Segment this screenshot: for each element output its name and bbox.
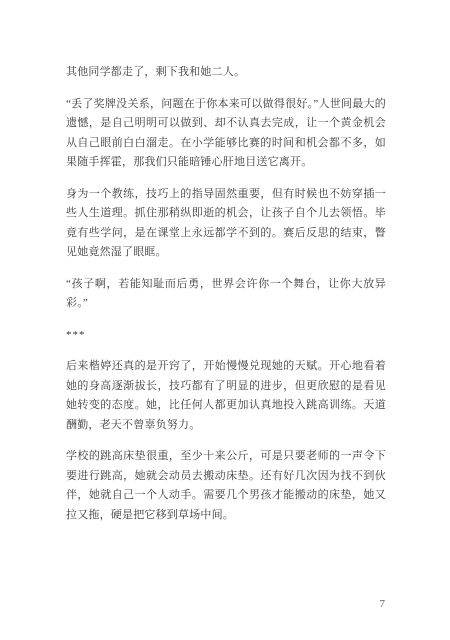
page-number: 7 <box>380 599 386 610</box>
section-divider: *** <box>66 326 386 346</box>
document-page: 其他同学都走了，剩下我和她二人。 “丢了奖牌没关系，问题在于你本来可以做得很好。… <box>0 0 450 640</box>
paragraph: 后来楷婷还真的是开窍了，开始慢慢兑现她的天赋。开心地看着她的身高逐渐拔长，技巧都… <box>66 357 386 435</box>
page-content: 其他同学都走了，剩下我和她二人。 “丢了奖牌没关系，问题在于你本来可以做得很好。… <box>66 63 386 525</box>
paragraph: 其他同学都走了，剩下我和她二人。 <box>66 63 386 83</box>
paragraph: “丢了奖牌没关系，问题在于你本来可以做得很好。”人世间最大的遗憾，是自己明明可以… <box>66 95 386 173</box>
paragraph: 身为一个教练，技巧上的指导固然重要，但有时候也不妨穿插一些人生道理。抓住那稍纵即… <box>66 185 386 263</box>
paragraph: 学校的跳高床垫很重，至少十来公斤，可是只要老师的一声令下要进行跳高，她就会动员去… <box>66 447 386 525</box>
paragraph: “孩子啊，若能知耻而后勇，世界会许你一个舞台，让你大放异彩。” <box>66 275 386 314</box>
